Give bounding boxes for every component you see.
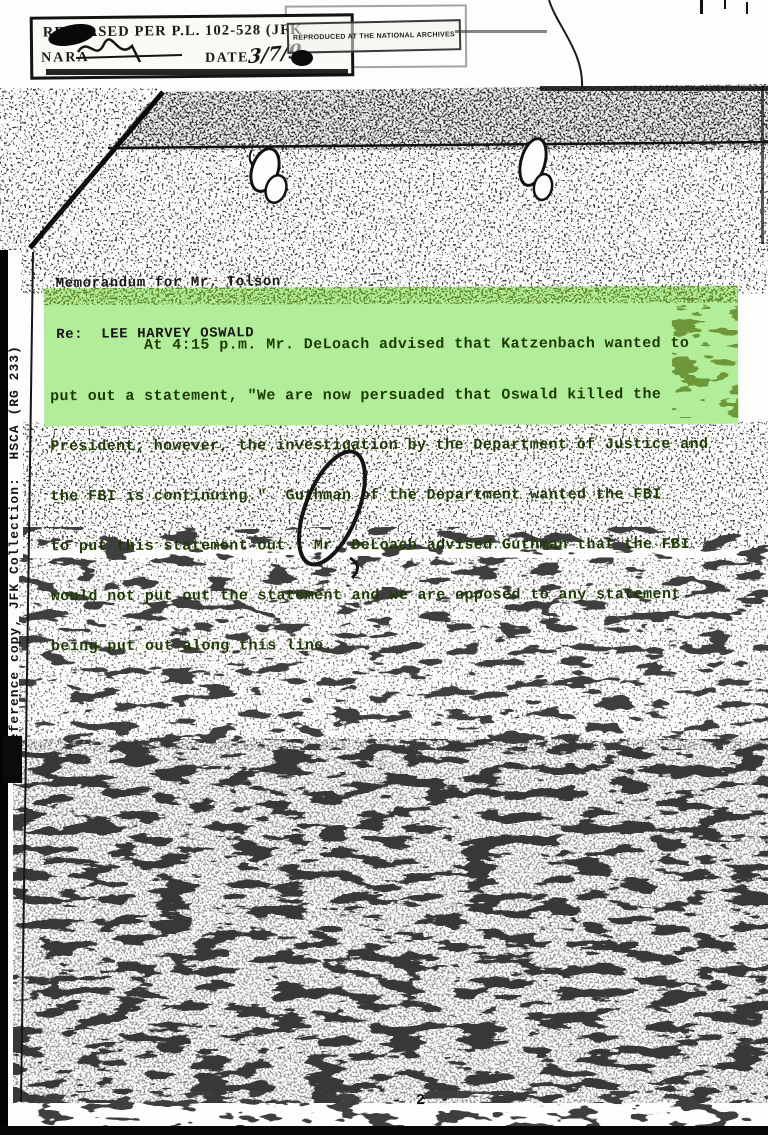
page-number: - 2 - [392,1091,452,1109]
skewed-page-edge-inner [42,102,150,236]
top-right-tick-2 [724,0,726,9]
nara-label: NARA [41,50,90,67]
memo-heading: Memorandum for Mr. Tolson Re: LEE HARVEY… [55,240,281,378]
archives-stamp: REPRODUCED AT THE NATIONAL ARCHIVES [287,19,462,54]
hole-punch-mark-2 [515,136,554,202]
top-right-tick-1 [700,0,703,14]
right-edge-line [761,86,764,244]
skewed-page-edge-diagonal [30,92,163,248]
paragraph-line: put out a statement, "We are now persuad… [50,386,708,405]
top-rule-line [108,142,768,148]
archives-stamp-text: REPRODUCED AT THE NATIONAL ARCHIVES [293,31,455,41]
top-right-scuff-streak [540,86,768,91]
paragraph-line: being put out along this line. [51,637,709,656]
date-label: DATE [205,50,249,66]
scanned-document-page: RELEASED PER P.L. 102-528 (JFK NARA DATE… [0,0,768,1135]
paragraph-line: would not put out the statement and we a… [51,587,709,606]
paragraph-line: President; however, the investigation by… [50,437,708,456]
scuff-streak-small [455,30,547,33]
margin-vertical-text: Reference copy, JFK Collection: HSCA (RG… [7,344,27,750]
paragraph-line: the FBI is continuing." Guthman of the D… [50,487,708,506]
memo-heading-line2: Re: LEE HARVEY OSWALD [56,325,281,344]
top-right-tick-3 [746,2,748,14]
release-stamp-text: RELEASED PER P.L. 102-528 (JFK [43,22,303,42]
fold-curve-line [549,0,582,88]
bottom-black-bar [0,1126,768,1135]
memo-heading-line1: Memorandum for Mr. Tolson [56,274,281,293]
hole-punch-mark-1 [246,145,290,205]
paragraph-line: to put this statement out. Mr. DeLoach a… [51,537,709,556]
